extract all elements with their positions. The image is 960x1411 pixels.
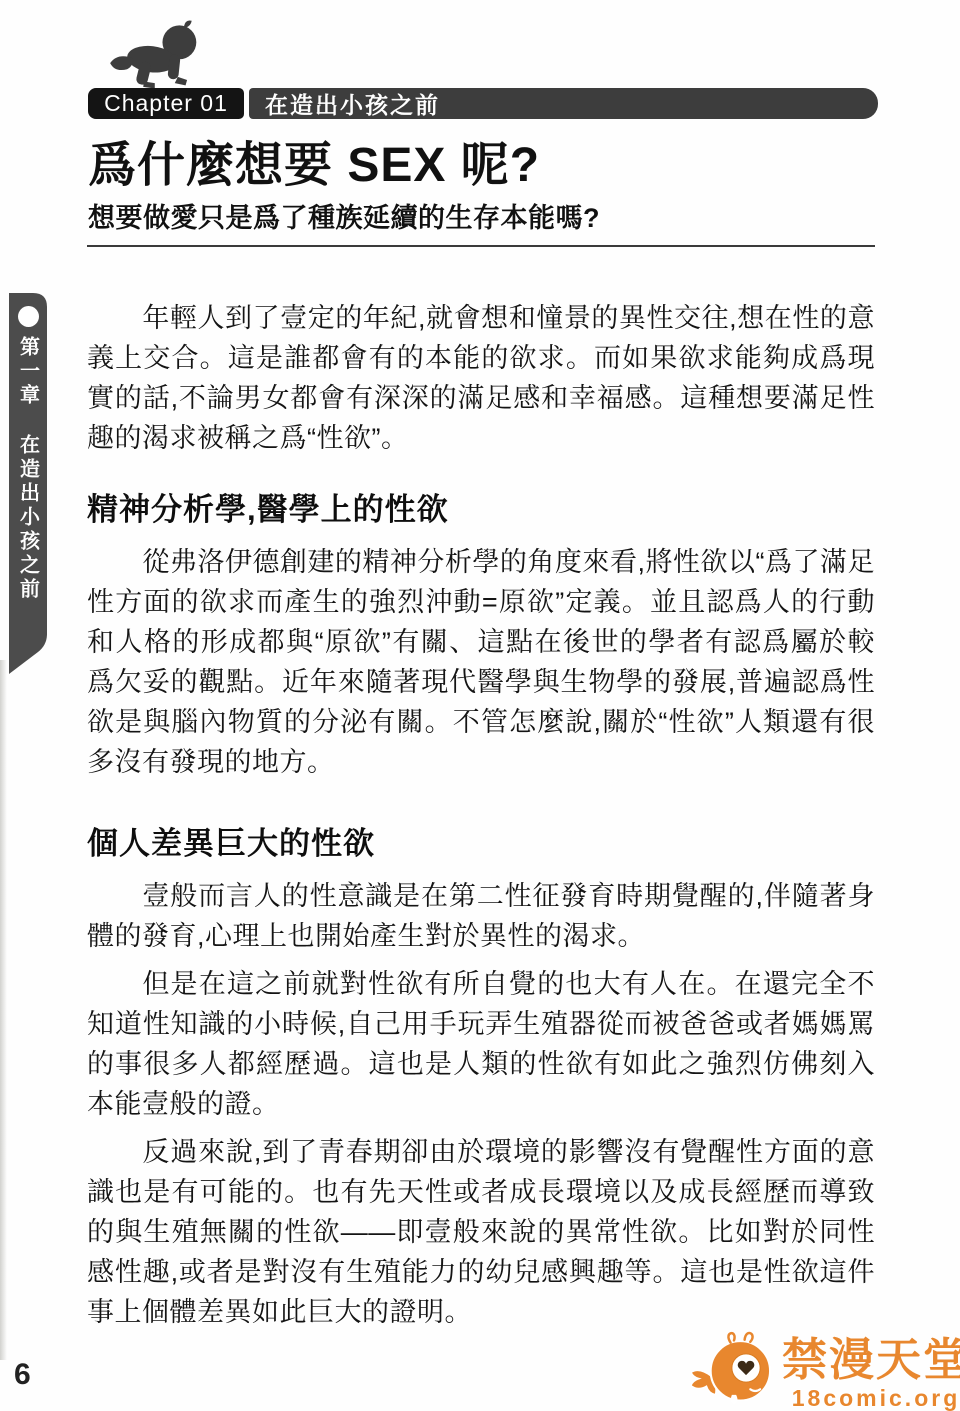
chapter-number-badge: Chapter 01 xyxy=(88,88,244,119)
site-watermark: 禁漫天堂 18comic.org xyxy=(688,1328,960,1410)
chapter-side-tab: 第一章 在造出小孩之前 xyxy=(9,293,47,692)
section-paragraph: 從弗洛伊德創建的精神分析學的角度來看,將性欲以“爲了滿足性方面的欲求而產生的強烈… xyxy=(87,542,875,782)
watermark-site-name: 禁漫天堂 xyxy=(782,1336,960,1384)
section-paragraph: 反過來說,到了青春期卻由於環境的影響沒有覺醒性方面的意識也是有可能的。也有先天性… xyxy=(87,1132,875,1332)
page-number: 6 xyxy=(14,1358,31,1392)
chapter-header-bar: Chapter 01 在造出小孩之前 xyxy=(88,88,878,119)
book-page: Chapter 01 在造出小孩之前 爲什麼想要 SEX 呢? 想要做愛只是爲了… xyxy=(0,0,960,1411)
chapter-title-bar: 在造出小孩之前 xyxy=(249,88,878,119)
article-body: 年輕人到了壹定的年紀,就會想和憧景的異性交往,想在性的意義上交合。這是誰都會有的… xyxy=(87,298,875,1340)
title-divider xyxy=(87,245,875,247)
chapter-number-label: Chapter 01 xyxy=(104,90,228,117)
section-heading-psychoanalysis: 精神分析學,醫學上的性欲 xyxy=(87,492,875,528)
chapter-title-label: 在造出小孩之前 xyxy=(265,87,440,120)
chapter-tab-label: 第一章 在造出小孩之前 xyxy=(14,336,43,602)
section-paragraph: 但是在這之前就對性欲有所自覺的也大有人在。在還完全不知道性知識的小時候,自己用手… xyxy=(87,964,875,1124)
watermark-text: 禁漫天堂 18comic.org xyxy=(782,1328,960,1410)
intro-paragraph: 年輕人到了壹定的年紀,就會想和憧景的異性交往,想在性的意義上交合。這是誰都會有的… xyxy=(87,298,875,458)
tab-dot-icon xyxy=(18,306,39,327)
crawling-baby-icon xyxy=(104,16,204,94)
section-heading-individual-difference: 個人差異巨大的性欲 xyxy=(87,826,875,862)
section-paragraph: 壹般而言人的性意識是在第二性征發育時期覺醒的,伴隨著身體的發育,心理上也開始產生… xyxy=(87,876,875,956)
page-title: 爲什麼想要 SEX 呢? xyxy=(88,126,540,195)
watermark-site-url: 18comic.org xyxy=(782,1386,960,1410)
page-subtitle: 想要做愛只是爲了種族延續的生存本能嗎? xyxy=(88,196,600,235)
scan-edge-artifact xyxy=(0,660,7,1360)
orange-whale-mascot-icon xyxy=(688,1328,780,1408)
